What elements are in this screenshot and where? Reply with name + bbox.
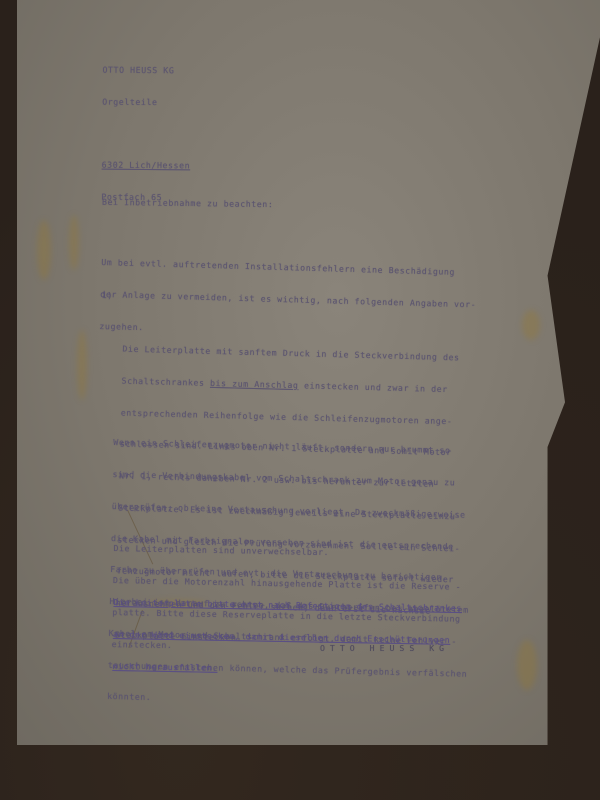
text-line: Die Leiterplatte mit sanftem Druck in di… <box>122 344 465 364</box>
text-line: nicht herausfallen. <box>112 661 460 678</box>
stain <box>77 330 87 400</box>
text-line: Wenn ein Schleifenzugmotor nicht läuft, … <box>113 437 473 456</box>
signature-stamp: OTTO HEUSS KG <box>320 643 449 654</box>
text-line: überprüfen, ob keine Vertauschung vorlie… <box>112 501 472 520</box>
text-line: sind die Verbindungskabel vom Schaltschr… <box>112 469 472 488</box>
stain <box>522 310 540 340</box>
company-name: OTTO HEUSS KG <box>102 65 191 76</box>
department: Orgelteile <box>102 97 191 108</box>
paragraph-4-underlined: Die Leiterplatte bitte erst nach Befesti… <box>112 576 462 688</box>
text-line: könnten. <box>107 691 467 710</box>
underlined-phrase: bis zum Anschlag <box>210 378 299 390</box>
city: 6302 Lich/Hessen <box>102 160 191 171</box>
text-line: Schaltschrankes bis zum Anschlag einstec… <box>121 375 464 395</box>
text-line: Die Leiterplatten sind unverwechselbar. <box>113 543 461 560</box>
text-line: Die Leiterplatte bitte erst nach Befesti… <box>113 597 461 614</box>
letterhead: OTTO HEUSS KG Orgelteile 6302 Lich/Hesse… <box>101 44 191 214</box>
text-line: Um bei evtl. auftretenden Installationsf… <box>101 257 477 278</box>
stain <box>37 220 51 280</box>
stain <box>69 215 79 270</box>
section-number: 1) <box>102 290 113 301</box>
stain <box>517 640 537 690</box>
